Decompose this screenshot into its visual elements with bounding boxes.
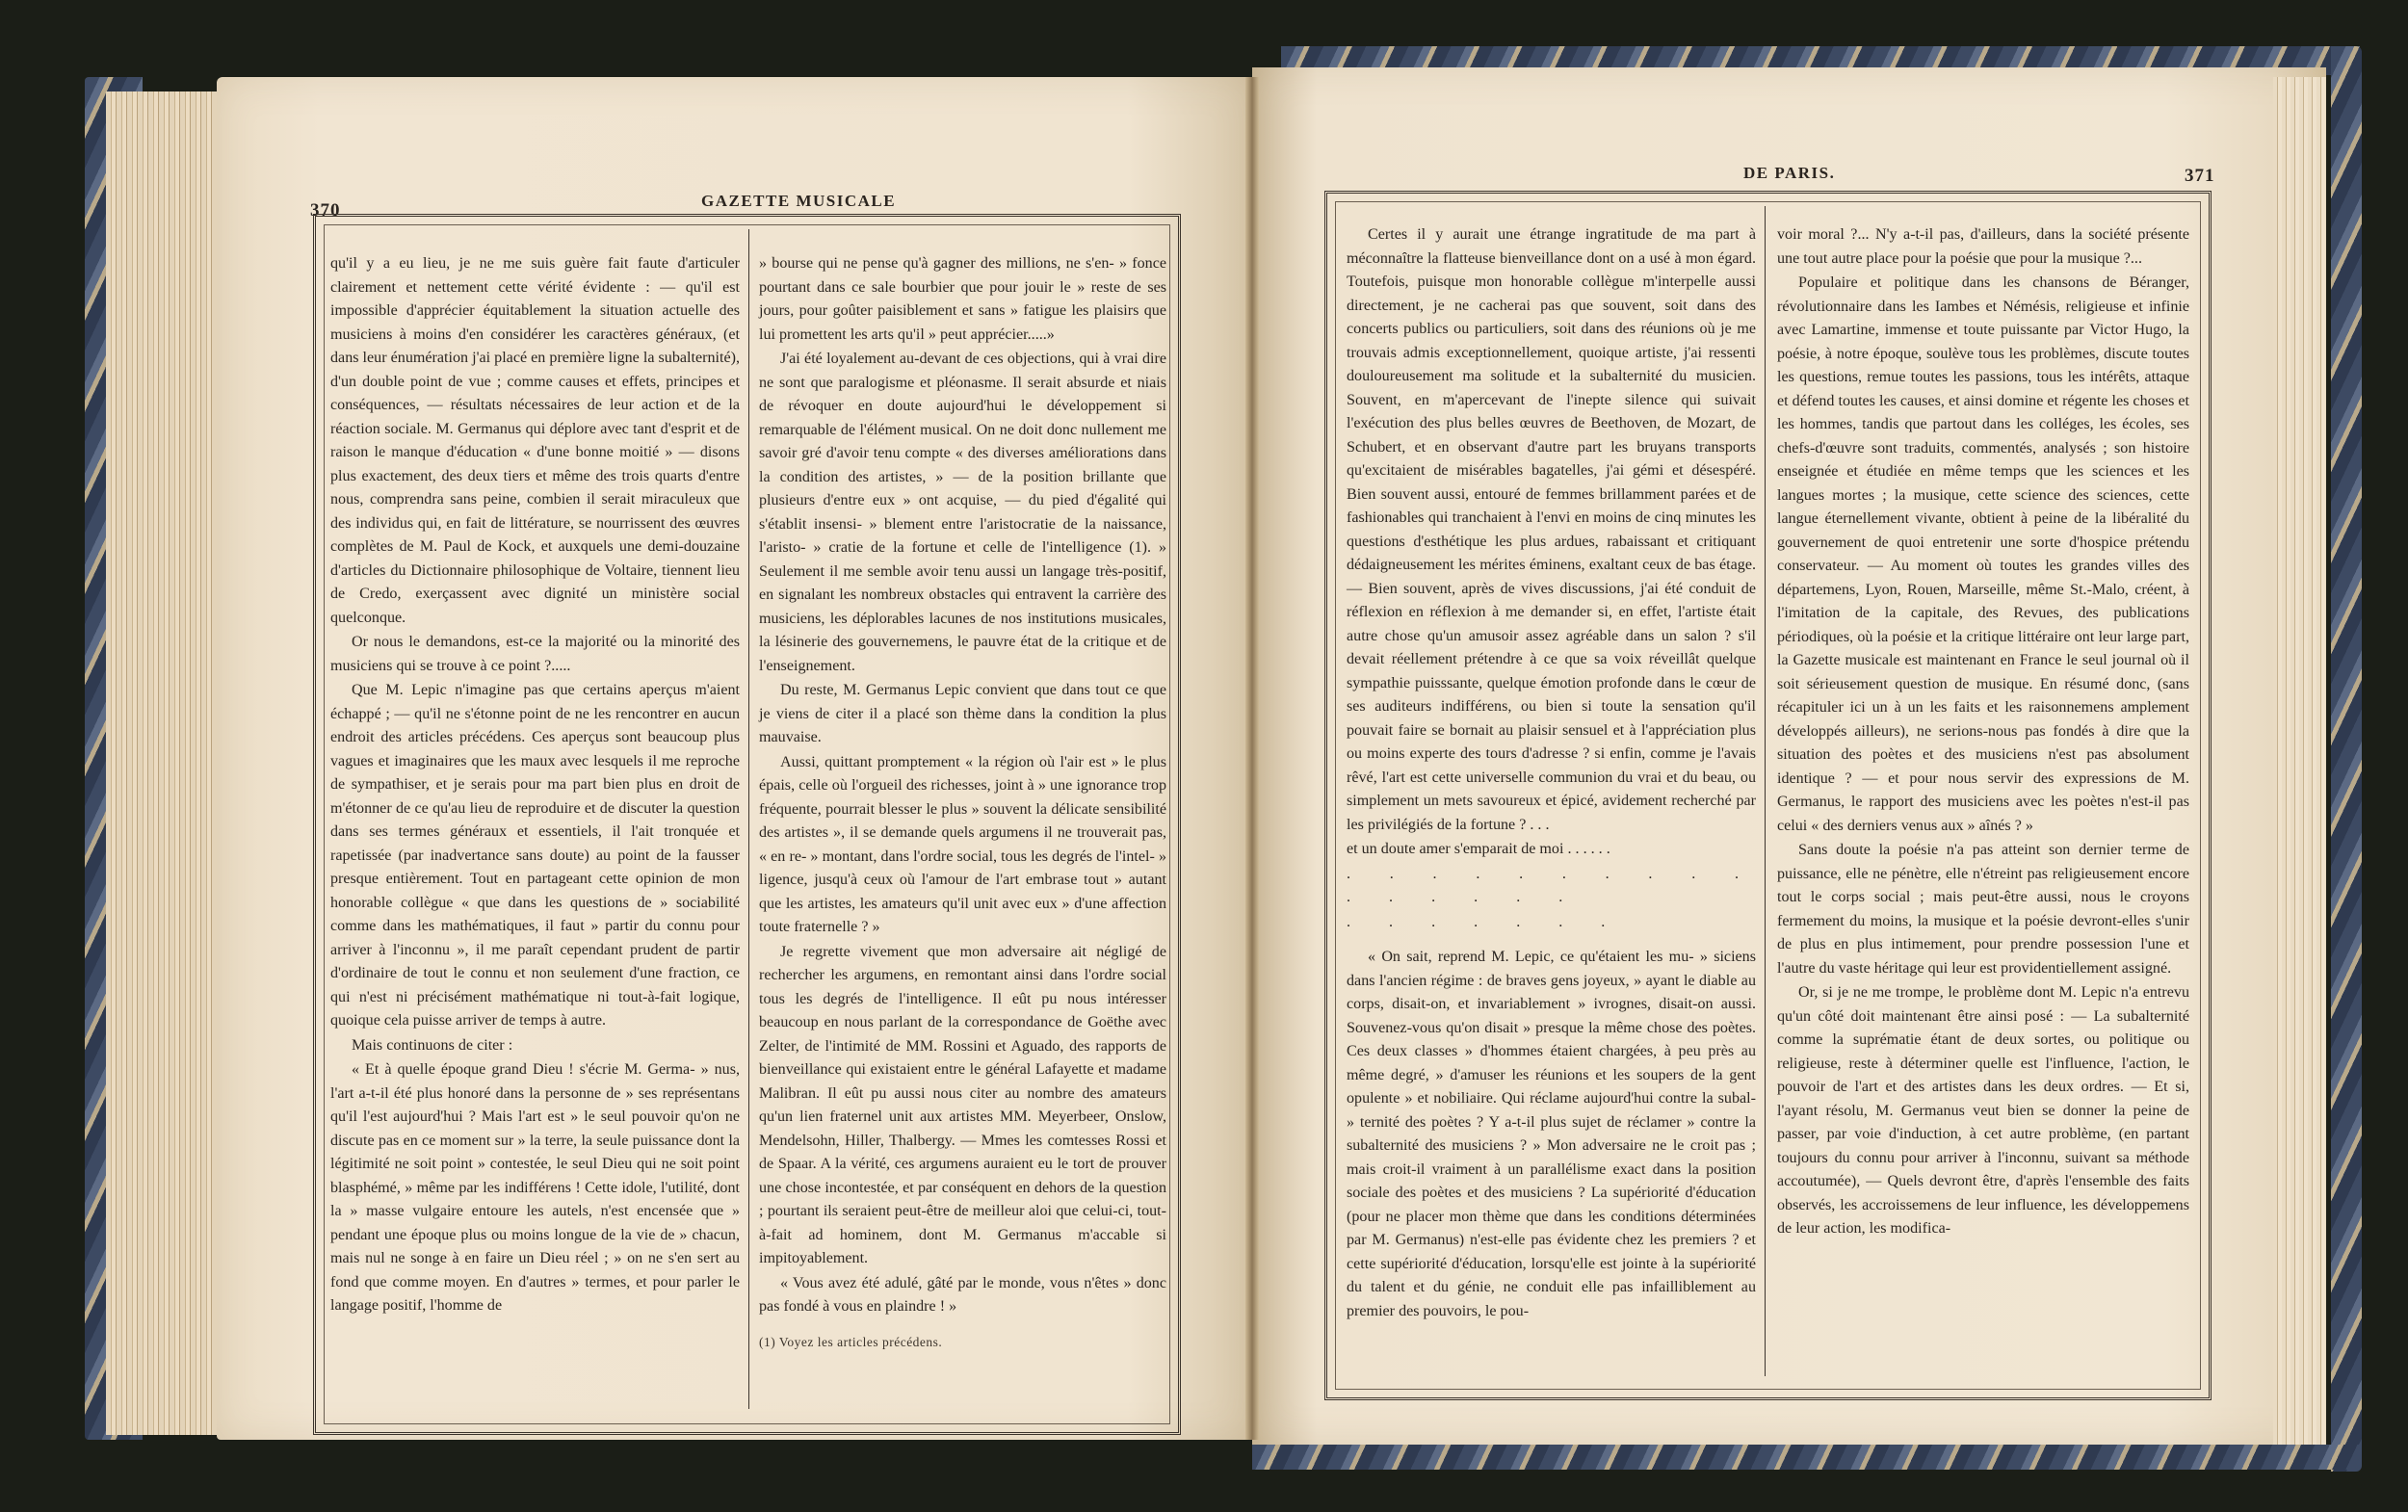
paragraph: « Vous avez été adulé, gâté par le monde… bbox=[759, 1272, 1166, 1319]
paragraph: voir moral ?... N'y a-t-il pas, d'ailleu… bbox=[1777, 223, 2189, 271]
left-page-column-1: qu'il y a eu lieu, je ne me suis guère f… bbox=[330, 252, 740, 1318]
marbled-cover-right bbox=[2331, 46, 2362, 1472]
ellipsis-line: . . . . . . . bbox=[1347, 911, 1756, 935]
paragraph: « On sait, reprend M. Lepic, ce qu'étaie… bbox=[1347, 946, 1756, 1323]
footnote: (1) Voyez les articles précédens. bbox=[759, 1331, 1166, 1355]
running-head-right: DE PARIS. bbox=[1743, 164, 1835, 183]
paragraph: Certes il y aurait une étrange ingratitu… bbox=[1347, 223, 1756, 837]
book-gutter bbox=[1245, 77, 1259, 1440]
marbled-cover-bottom-right bbox=[1252, 1445, 2360, 1470]
paragraph: qu'il y a eu lieu, je ne me suis guère f… bbox=[330, 252, 740, 630]
left-page-column-2: » bourse qui ne pense qu'à gagner des mi… bbox=[759, 252, 1166, 1354]
column-divider-left bbox=[748, 229, 749, 1409]
right-page-column-2: voir moral ?... N'y a-t-il pas, d'ailleu… bbox=[1777, 223, 2189, 1241]
running-head-left: GAZETTE MUSICALE bbox=[701, 192, 896, 211]
paragraph: Or, si je ne me trompe, le problème dont… bbox=[1777, 981, 2189, 1241]
paragraph: Je regrette vivement que mon adversaire … bbox=[759, 941, 1166, 1271]
paragraph: Que M. Lepic n'imagine pas que certains … bbox=[330, 679, 740, 1033]
right-page-column-1: Certes il y aurait une étrange ingratitu… bbox=[1347, 223, 1756, 1323]
page-edges-right bbox=[2273, 77, 2326, 1445]
paragraph: Or nous le demandons, est-ce la majorité… bbox=[330, 631, 740, 678]
paragraph: et un doute amer s'emparait de moi . . .… bbox=[1347, 838, 1756, 862]
paragraph: Mais continuons de citer : bbox=[330, 1034, 740, 1058]
column-divider-right bbox=[1765, 206, 1766, 1376]
paragraph: Du reste, M. Germanus Lepic convient que… bbox=[759, 679, 1166, 750]
paragraph: Aussi, quittant promptement « la région … bbox=[759, 751, 1166, 940]
page-edges-left bbox=[106, 91, 222, 1435]
paragraph: Populaire et politique dans les chansons… bbox=[1777, 272, 2189, 838]
paragraph: J'ai été loyalement au-devant de ces obj… bbox=[759, 348, 1166, 678]
paragraph: Sans doute la poésie n'a pas atteint son… bbox=[1777, 839, 2189, 980]
paragraph: « Et à quelle époque grand Dieu ! s'écri… bbox=[330, 1058, 740, 1318]
ellipsis-line: . . . . . . . . . . . . . . . . bbox=[1347, 863, 1756, 910]
paragraph: » bourse qui ne pense qu'à gagner des mi… bbox=[759, 252, 1166, 347]
page-number-right: 371 bbox=[2185, 166, 2215, 187]
